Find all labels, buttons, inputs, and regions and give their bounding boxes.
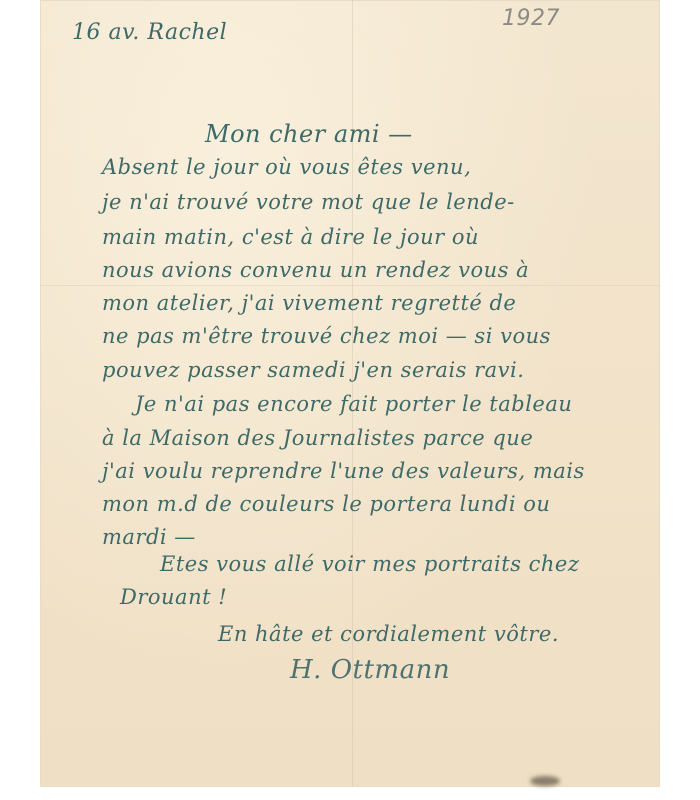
fold-crease-horizontal	[40, 285, 660, 286]
closing: En hâte et cordialement vôtre.	[218, 622, 559, 646]
body-line: Je n'ai pas encore fait porter le tablea…	[135, 392, 572, 416]
body-line: Etes vous allé voir mes portraits chez	[160, 552, 579, 576]
body-line: j'ai voulu reprendre l'une des valeurs, …	[102, 459, 585, 483]
body-line: main matin, c'est à dire le jour où	[102, 225, 479, 249]
body-line: je n'ai trouvé votre mot que le lende-	[102, 190, 515, 214]
body-line: ne pas m'être trouvé chez moi — si vous	[102, 324, 551, 348]
body-line: nous avions convenu un rendez vous à	[102, 258, 529, 282]
address: 16 av. Rachel	[72, 20, 227, 45]
body-line: Drouant !	[120, 585, 227, 609]
date: 1927	[502, 6, 560, 31]
signature: H. Ottmann	[290, 655, 450, 685]
salutation: Mon cher ami —	[205, 120, 413, 148]
body-line: pouvez passer samedi j'en serais ravi.	[102, 358, 524, 382]
body-line: mardi —	[102, 525, 196, 549]
ink-smudge	[530, 776, 560, 786]
body-line: mon atelier, j'ai vivement regretté de	[102, 291, 516, 315]
body-line: Absent le jour où vous êtes venu,	[102, 155, 471, 179]
body-line: à la Maison des Journalistes parce que	[102, 426, 533, 450]
body-line: mon m.d de couleurs le portera lundi ou	[102, 492, 550, 516]
letter-paper: 16 av. Rachel 1927 Mon cher ami — Absent…	[40, 0, 660, 787]
